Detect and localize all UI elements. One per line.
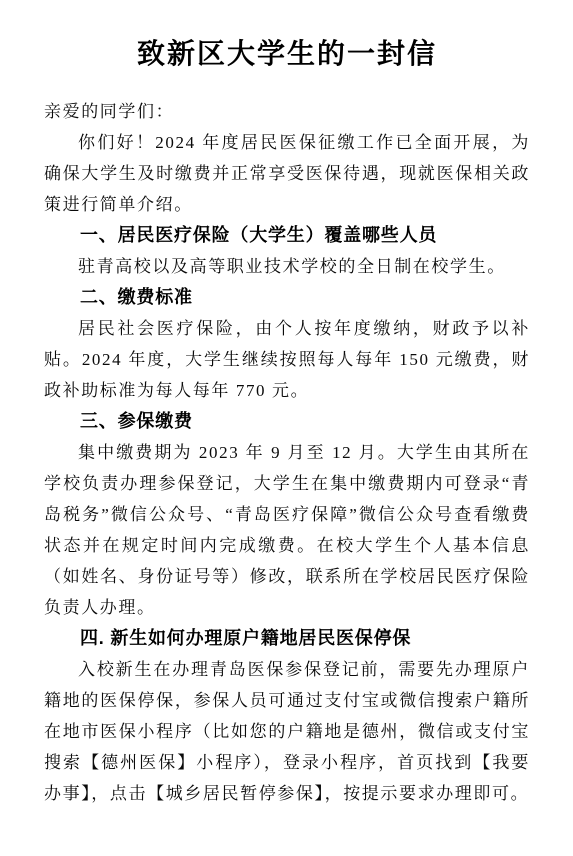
salutation-line: 亲爱的同学们：	[44, 96, 530, 127]
section-body-2: 居民社会医疗保险，由个人按年度缴纳，财政予以补贴。2024 年度，大学生继续按照…	[44, 313, 530, 406]
section-body-3: 集中缴费期为 2023 年 9 月至 12 月。大学生由其所在学校负责办理参保登…	[44, 437, 530, 623]
section-heading-3: 三、参保缴费	[44, 406, 530, 437]
section-body-1: 驻青高校以及高等职业技术学校的全日制在校学生。	[44, 251, 530, 282]
document-page: 致新区大学生的一封信 亲爱的同学们： 你们好！2024 年度居民医保征缴工作已全…	[0, 0, 573, 856]
section-coverage: 一、居民医疗保险（大学生）覆盖哪些人员 驻青高校以及高等职业技术学校的全日制在校…	[44, 220, 530, 282]
section-body-4: 入校新生在办理青岛医保参保登记前，需要先办理原户籍地的医保停保，参保人员可通过支…	[44, 654, 530, 809]
section-stop-original-insurance: 四. 新生如何办理原户籍地居民医保停保 入校新生在办理青岛医保参保登记前，需要先…	[44, 623, 530, 809]
document-title: 致新区大学生的一封信	[44, 36, 530, 72]
section-heading-1: 一、居民医疗保险（大学生）覆盖哪些人员	[44, 220, 530, 251]
intro-paragraph: 你们好！2024 年度居民医保征缴工作已全面开展，为确保大学生及时缴费并正常享受…	[44, 127, 530, 220]
section-payment-standard: 二、缴费标准 居民社会医疗保险，由个人按年度缴纳，财政予以补贴。2024 年度，…	[44, 282, 530, 406]
section-heading-4: 四. 新生如何办理原户籍地居民医保停保	[44, 623, 530, 654]
section-heading-2: 二、缴费标准	[44, 282, 530, 313]
section-enrollment-payment: 三、参保缴费 集中缴费期为 2023 年 9 月至 12 月。大学生由其所在学校…	[44, 406, 530, 623]
